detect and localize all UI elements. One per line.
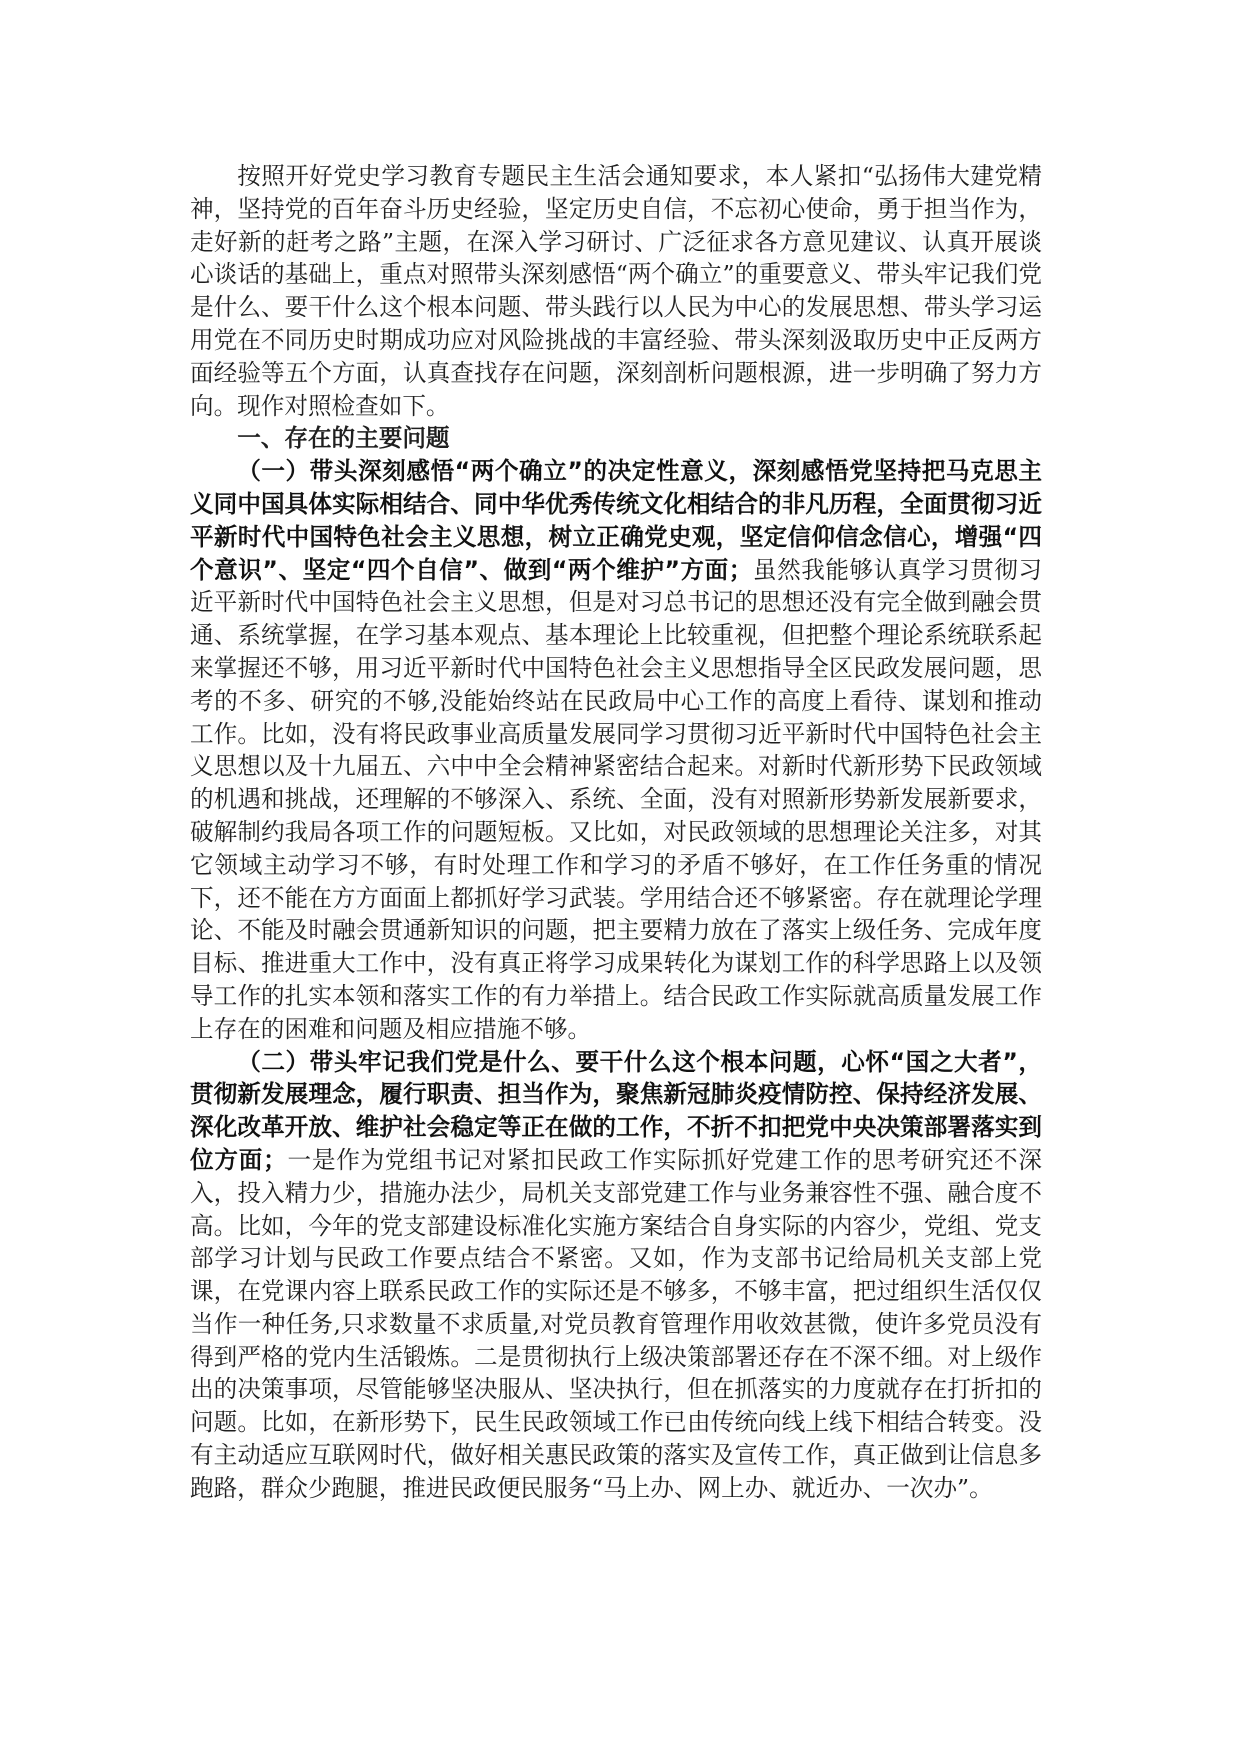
document-page: 按照开好党史学习教育专题民主生活会通知要求，本人紧扣“弘扬伟大建党精神，坚持党的… — [190, 160, 1042, 1505]
section-heading: 一、存在的主要问题 — [190, 422, 1042, 455]
section-1-paragraph: （一）带头深刻感悟“两个确立”的决定性意义，深刻感悟党坚持把马克思主义同中国具体… — [190, 455, 1042, 1045]
intro-paragraph: 按照开好党史学习教育专题民主生活会通知要求，本人紧扣“弘扬伟大建党精神，坚持党的… — [190, 160, 1042, 422]
section-1-body: 虽然我能够认真学习贯彻习近平新时代中国特色社会主义思想，但是对习总书记的思想还没… — [190, 556, 1042, 1043]
section-2-body: 一是作为党组书记对紧扣民政工作实际抓好党建工作的思考研究还不深入，投入精力少，措… — [190, 1146, 1042, 1502]
section-2-paragraph: （二）带头牢记我们党是什么、要干什么这个根本问题，心怀“国之大者”，贯彻新发展理… — [190, 1046, 1042, 1505]
